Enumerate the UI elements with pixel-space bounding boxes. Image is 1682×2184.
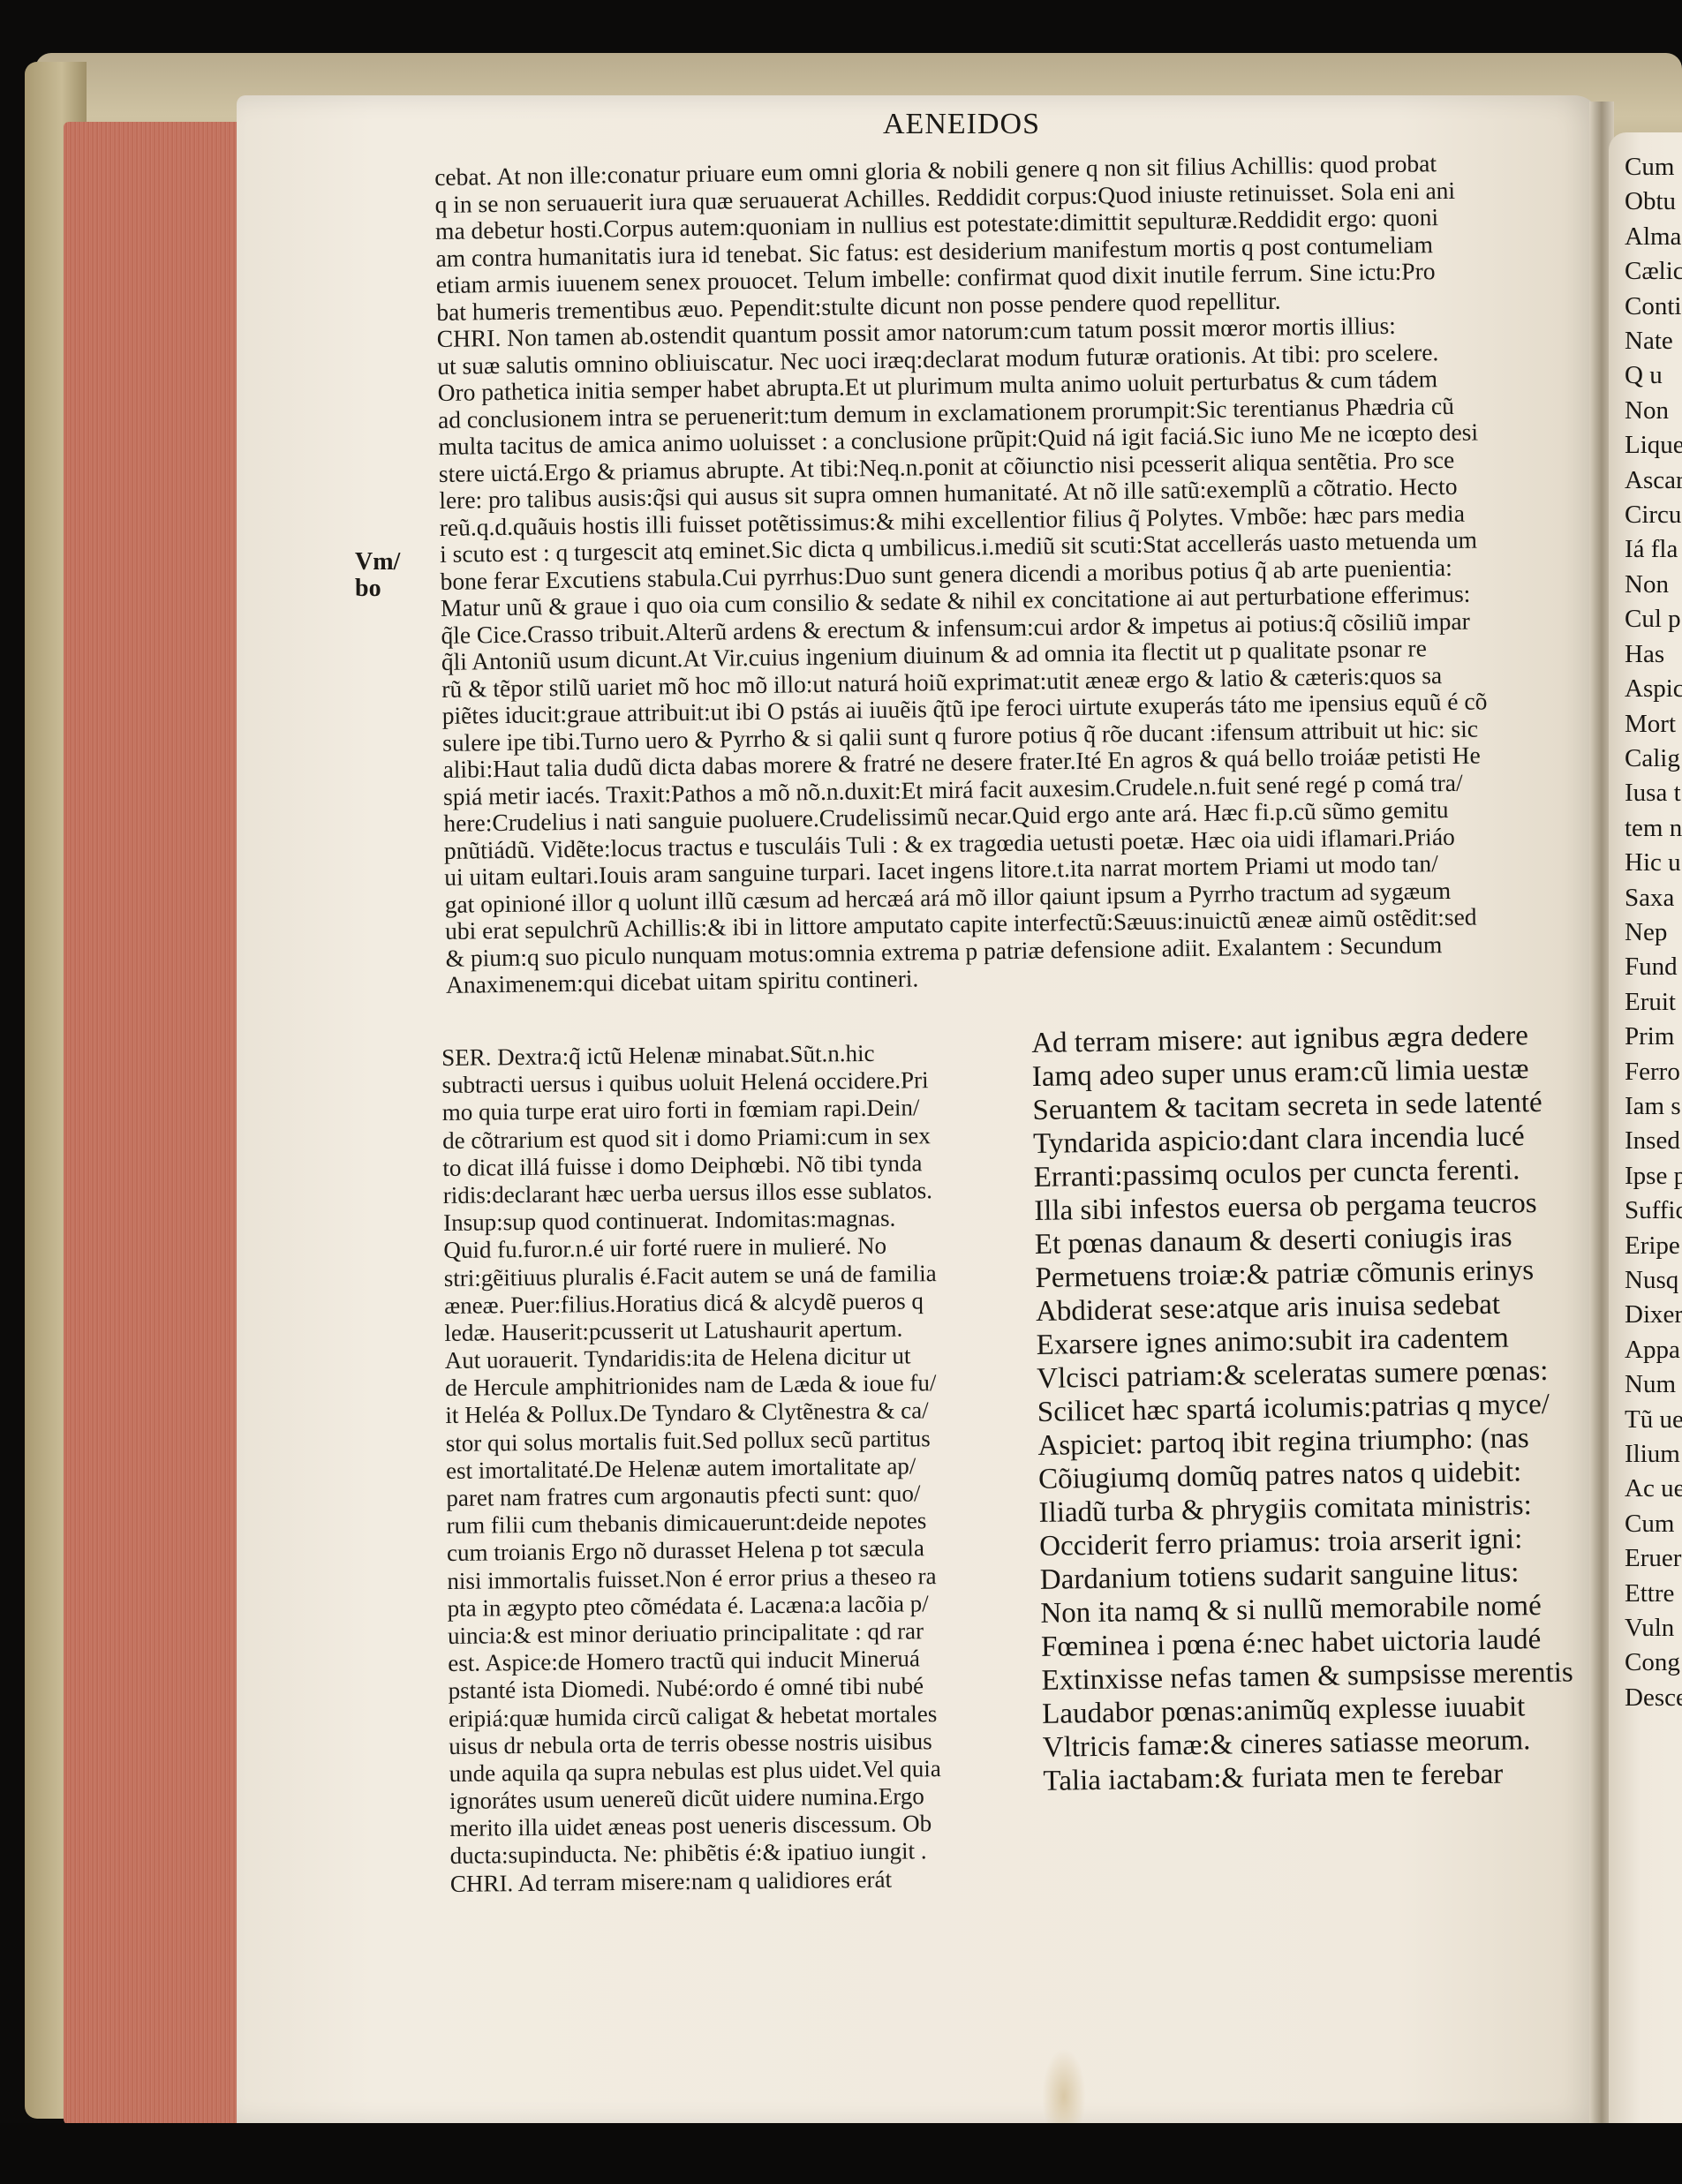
facing-page-line: Has <box>1625 637 1682 672</box>
facing-page-line: Eripe <box>1625 1229 1682 1263</box>
facing-page-line: Cum <box>1625 150 1682 185</box>
verse-column: Ad terram misere: aut ignibus ægra deder… <box>1031 1018 1609 1798</box>
facing-page-line: Suffic <box>1625 1194 1682 1228</box>
facing-page-line: Alma <box>1625 220 1682 254</box>
facing-page-line: Ac uel <box>1625 1472 1682 1506</box>
facing-page-line: Nusq <box>1625 1263 1682 1298</box>
facing-page-line: Ilium <box>1625 1437 1682 1472</box>
commentary-left-column: SER. Dextra:q̃ ictũ Helenæ minabat.Sũt.n… <box>441 1038 1037 1898</box>
facing-page-line: Tũ ue <box>1625 1403 1682 1437</box>
facing-page-line: Desce <box>1625 1681 1682 1715</box>
commentary-full-width: cebat. At non ille:conatur priuare eum o… <box>434 147 1620 998</box>
facing-page-line: Ferro <box>1625 1055 1682 1089</box>
facing-page-line: Conti <box>1625 290 1682 324</box>
facing-page-line: Nep <box>1625 915 1682 950</box>
facing-page-line: Ipse p <box>1625 1159 1682 1194</box>
facing-page-line: Mort <box>1625 707 1682 742</box>
facing-page-line: Cum <box>1625 1507 1682 1541</box>
facing-page-line: Nate <box>1625 324 1682 358</box>
facing-page-line: Fund <box>1625 950 1682 984</box>
facing-page-line: Dixer <box>1625 1298 1682 1332</box>
facing-page-line: Circu <box>1625 498 1682 532</box>
facing-page-line: Iusa t <box>1625 776 1682 810</box>
facing-page-line: Eruit <box>1625 985 1682 1020</box>
facing-page-line: Obtu <box>1625 185 1682 219</box>
facing-page-line: Prim <box>1625 1020 1682 1054</box>
facing-page-line: Calig <box>1625 742 1682 776</box>
facing-page-line: Insed <box>1625 1124 1682 1158</box>
background-bottom <box>0 2123 1682 2184</box>
facing-page-line: Appa <box>1625 1333 1682 1367</box>
margin-note-line: bo <box>355 576 400 602</box>
margin-note: Vm/ bo <box>355 549 400 602</box>
facing-page-line: Aspic <box>1625 672 1682 706</box>
running-head: AENEIDOS <box>883 108 1040 141</box>
facing-page-line: Eruer <box>1625 1541 1682 1576</box>
facing-page-line: Non <box>1625 568 1682 602</box>
facing-page-line: Q u <box>1625 358 1682 393</box>
red-page-edges <box>64 122 240 2126</box>
facing-page-line: Iam s <box>1625 1089 1682 1124</box>
facing-page-line: Saxa <box>1625 881 1682 915</box>
facing-page-line: Cul p <box>1625 602 1682 636</box>
facing-page-line: tem ne <box>1625 811 1682 846</box>
facing-page-line: Hic u <box>1625 846 1682 880</box>
facing-page-line: Lique <box>1625 428 1682 463</box>
facing-page-line: Ascar <box>1625 463 1682 498</box>
facing-page-line: Ettre <box>1625 1577 1682 1611</box>
facing-page-line: Num <box>1625 1367 1682 1402</box>
facing-page-line: Vuln <box>1625 1611 1682 1646</box>
facing-page-line: Cælic <box>1625 254 1682 289</box>
margin-note-line: Vm/ <box>355 549 400 576</box>
facing-page-line: Cong <box>1625 1646 1682 1680</box>
facing-page-text: CumObtuAlmaCælicContiNateQ uNonLiqueAsca… <box>1625 150 1682 1715</box>
facing-page-line: Non <box>1625 394 1682 428</box>
facing-page-line: Iá fla <box>1625 532 1682 567</box>
